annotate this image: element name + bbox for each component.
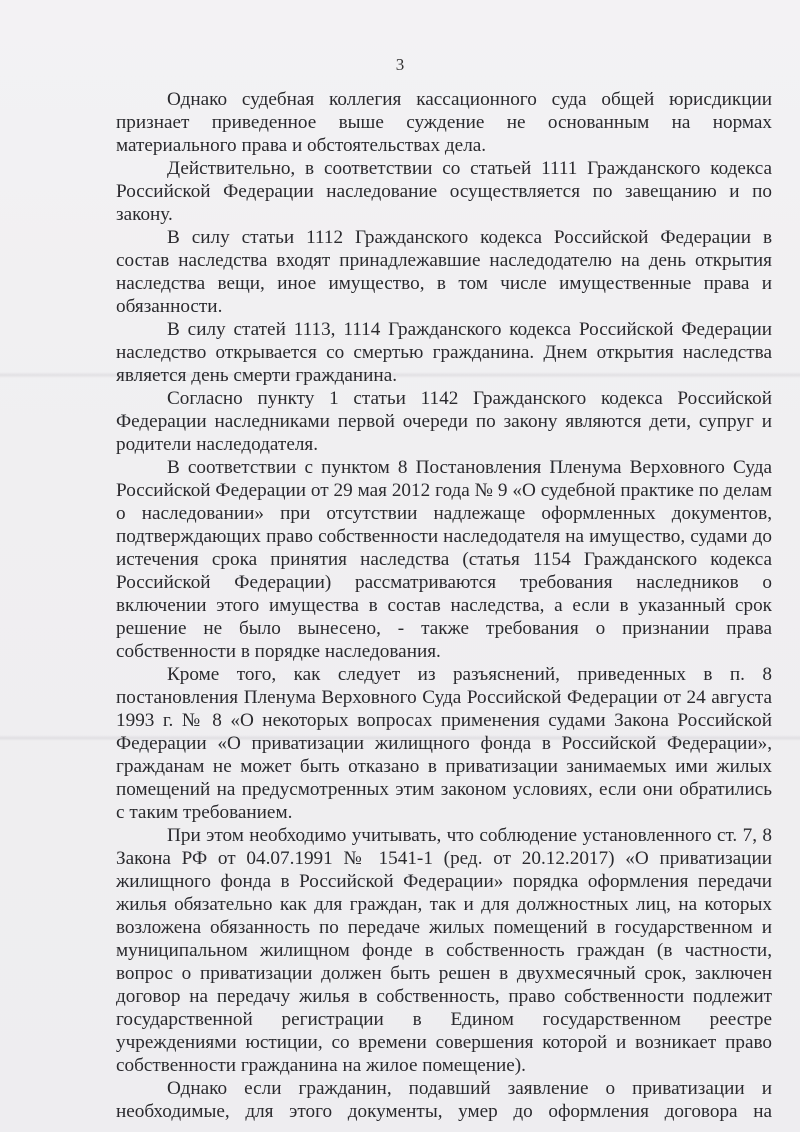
paragraph: Однако судебная коллегия кассационного с… xyxy=(116,88,772,157)
page-number: 3 xyxy=(0,55,800,75)
scanned-document-page: 3 Однако судебная коллегия кассационного… xyxy=(0,0,800,1132)
document-body: Однако судебная коллегия кассационного с… xyxy=(116,88,772,1123)
paragraph: В соответствии с пунктом 8 Постановления… xyxy=(116,456,772,663)
paragraph: В силу статей 1113, 1114 Гражданского ко… xyxy=(116,318,772,387)
paragraph: Согласно пункту 1 статьи 1142 Гражданско… xyxy=(116,387,772,456)
paragraph: При этом необходимо учитывать, что соблю… xyxy=(116,824,772,1077)
paragraph: Кроме того, как следует из разъяснений, … xyxy=(116,663,772,824)
paragraph: В силу статьи 1112 Гражданского кодекса … xyxy=(116,226,772,318)
paragraph: Однако если гражданин, подавший заявлени… xyxy=(116,1077,772,1123)
paragraph: Действительно, в соответствии со статьей… xyxy=(116,157,772,226)
